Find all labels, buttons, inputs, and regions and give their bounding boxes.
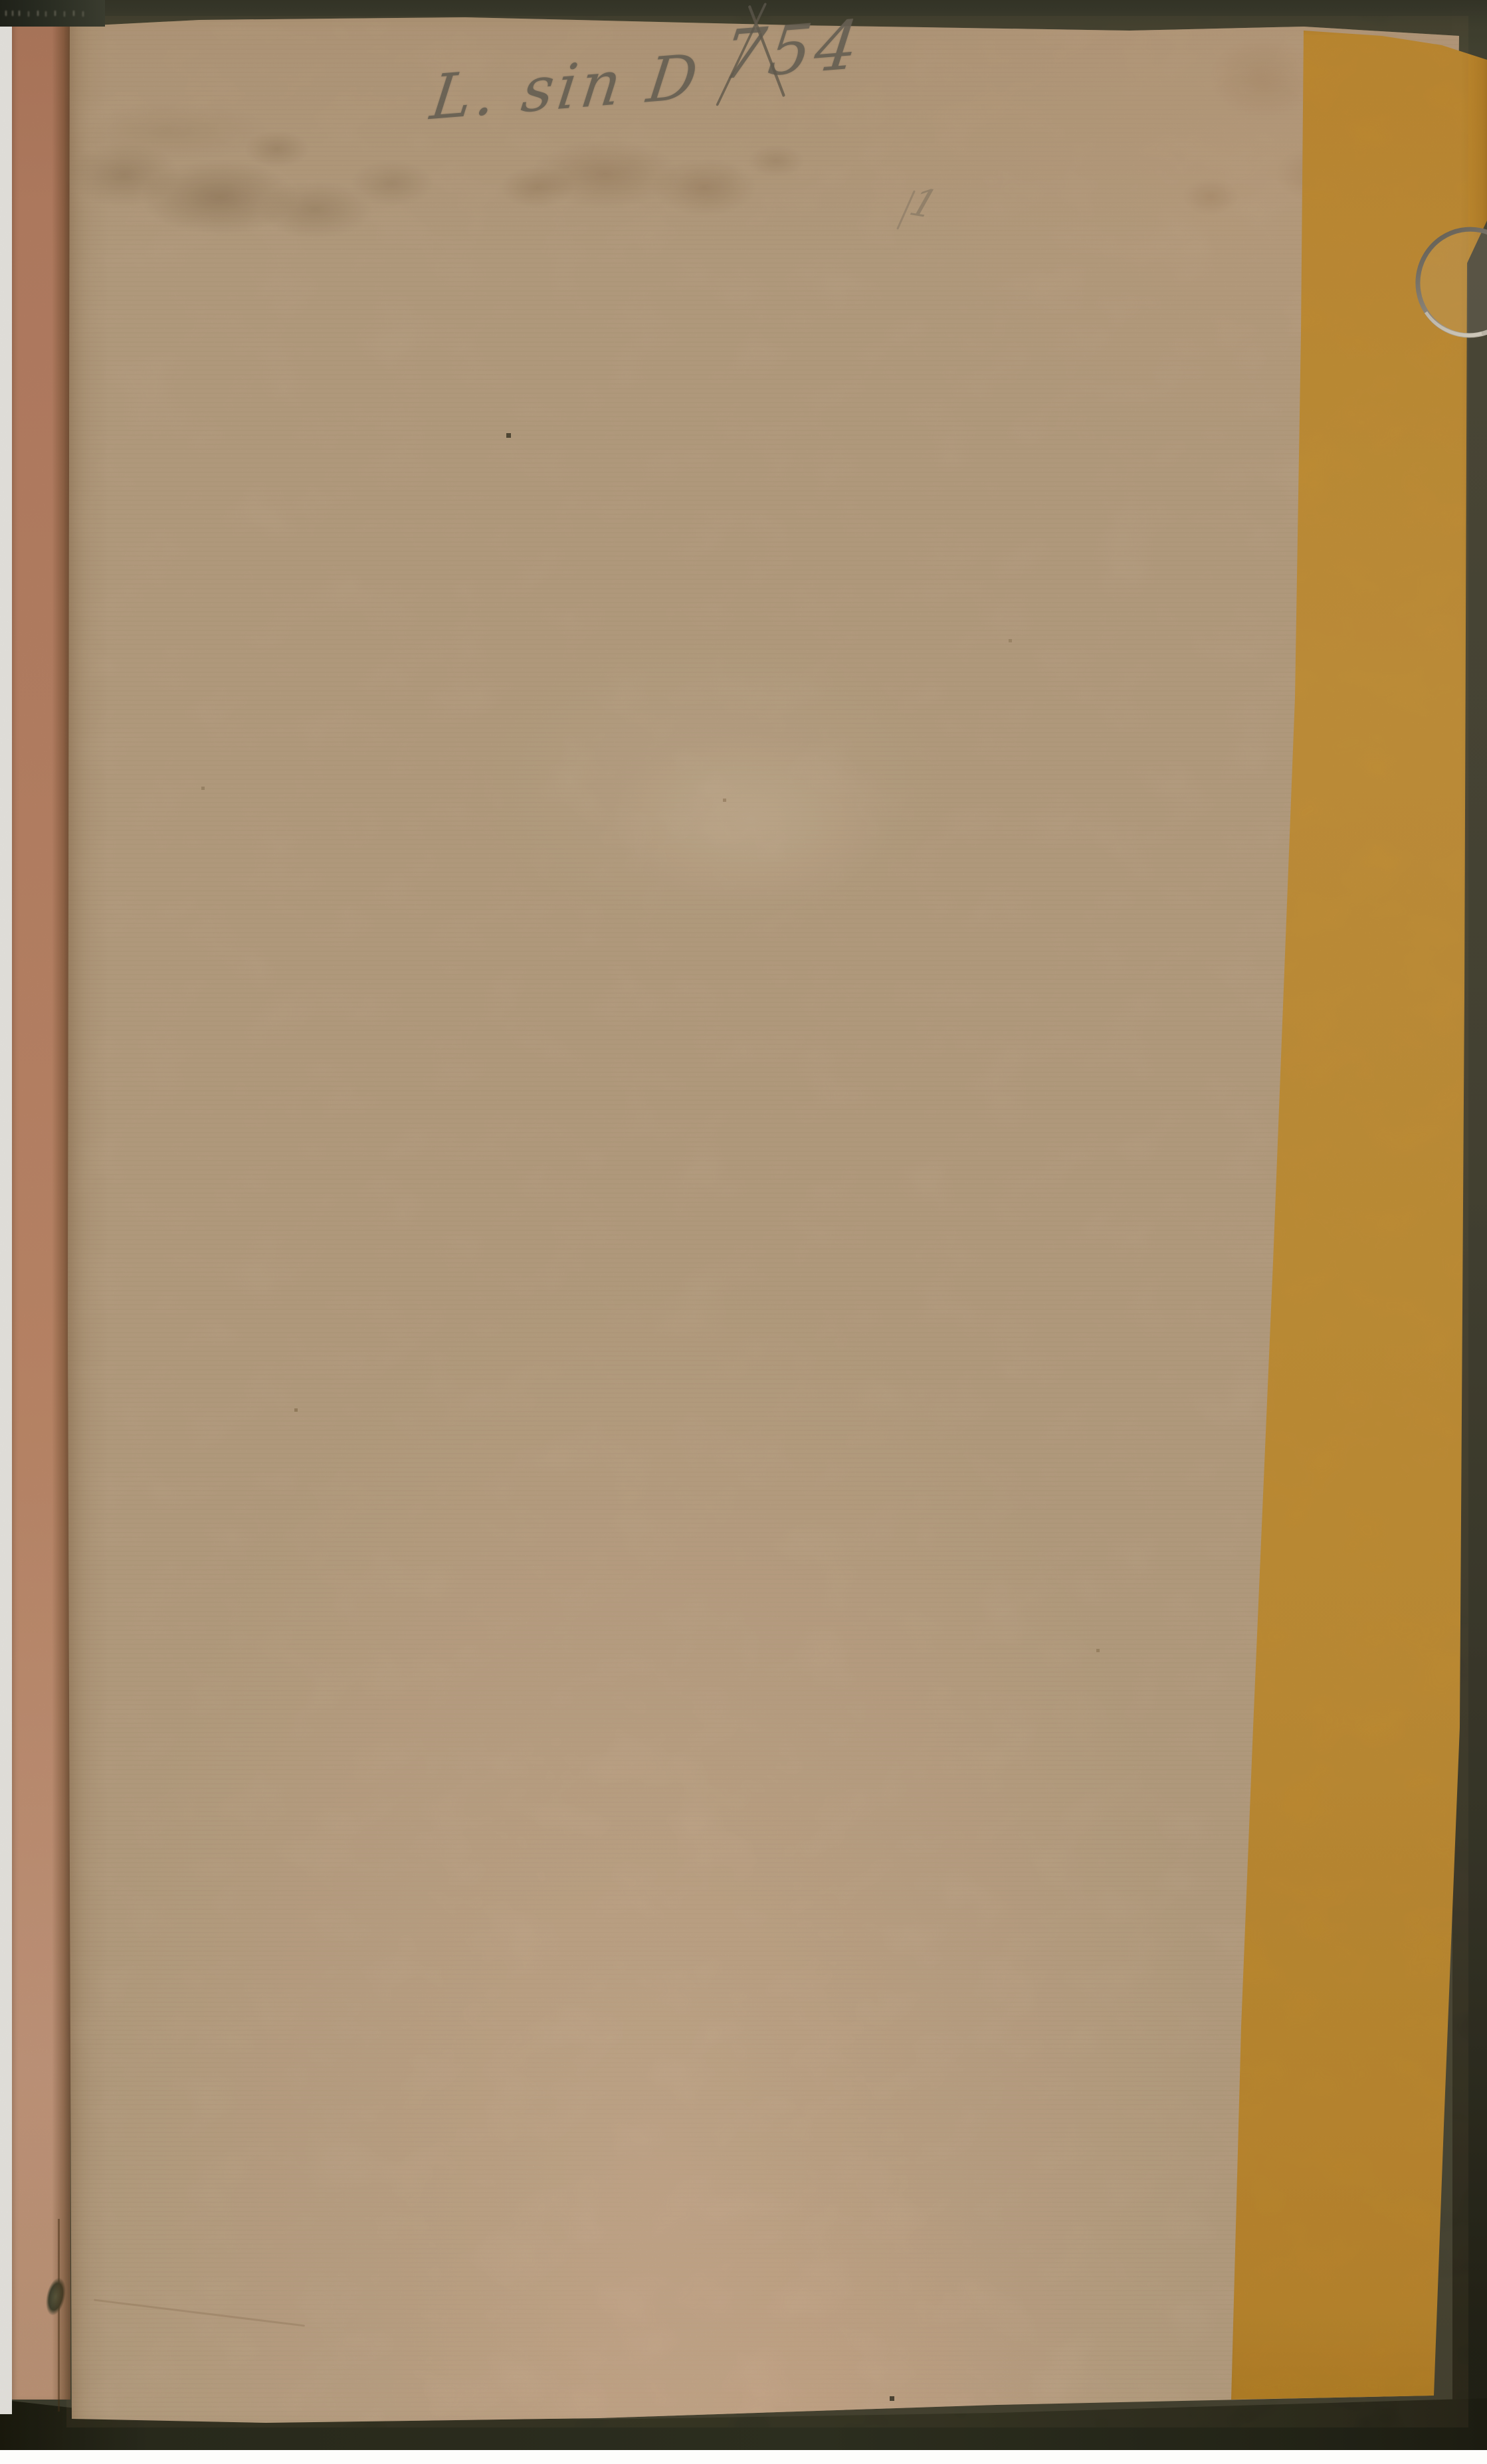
shelfmark-text: L. sin D [427, 41, 706, 134]
paper-crease [94, 2299, 305, 2327]
illegible-label-text [5, 11, 7, 16]
binding-clasp [1409, 219, 1487, 352]
corner-label [0, 0, 105, 27]
left-scanner-margin [0, 25, 12, 2414]
light-patch [611, 733, 890, 906]
binding-crease [58, 2219, 60, 2412]
shelfmark-number-wrap: 754 [718, 5, 867, 95]
book-scan-page: L. sin D754 1 [0, 0, 1487, 2464]
shelfmark-number: 754 [718, 5, 867, 95]
flyleaf-pink-edge [12, 20, 70, 2400]
sewing-knot [43, 2276, 68, 2318]
